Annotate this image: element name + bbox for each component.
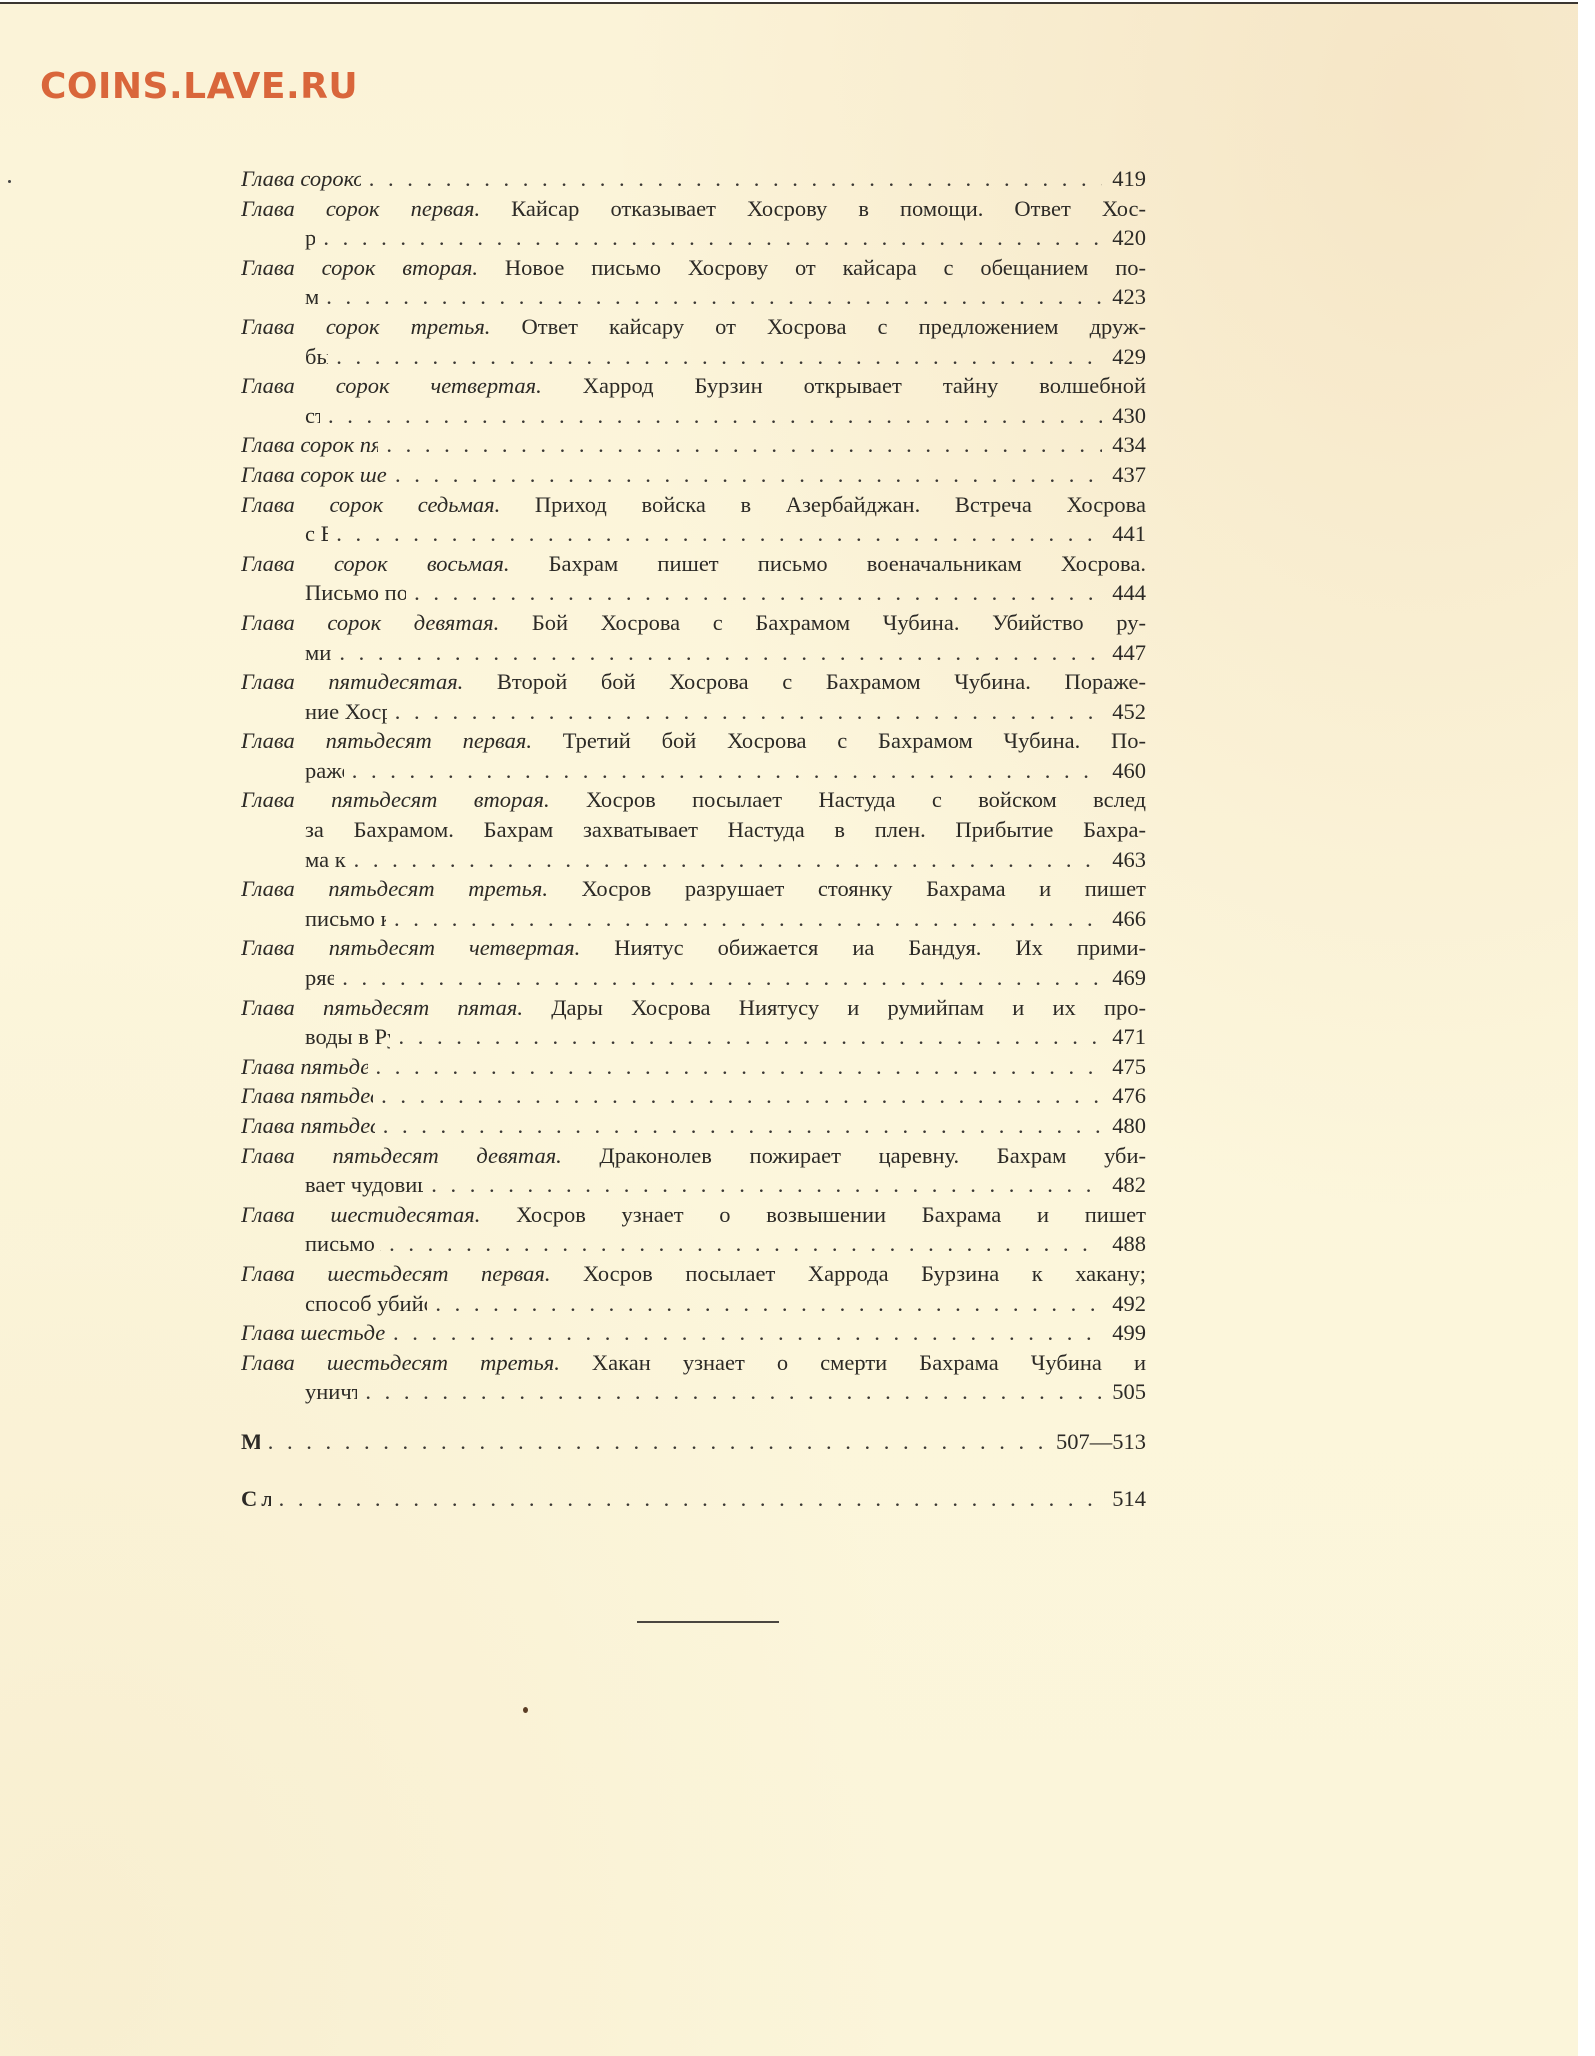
chapter-title: Ответ кайсару от Хосрова с предложением … <box>490 314 1146 339</box>
chapter-label: Глава сорок седьмая. <box>241 492 500 517</box>
toc-section: Маздак507—513 <box>241 1420 1146 1464</box>
chapter-label: Глава пятьдесят вторая. <box>241 787 550 812</box>
toc-line: Глава шестьдесят третья. Хакан узнает о … <box>241 1348 1146 1378</box>
page-number: 482 <box>1106 1170 1146 1200</box>
paper-speck <box>8 180 11 183</box>
toc-line-text: ние Хосрова. Его спасает ангел Суруш <box>305 697 387 727</box>
toc-line: Глава пятьдесят четвертая. Ниятус обижае… <box>241 933 1146 963</box>
chapter-title: Драконолев пожирает царевну. Бахрам уби- <box>562 1143 1146 1168</box>
dot-leader <box>365 1377 1102 1407</box>
page-number: 505 <box>1106 1377 1146 1407</box>
toc-line-text: Глава пятьдесят восьмая. Смерть Макотуры… <box>241 1111 375 1141</box>
toc-line: с Бандуем441 <box>241 519 1146 549</box>
chapter-title: Второй бой Хосрова с Бахрамом Чубина. По… <box>463 669 1146 694</box>
chapter-label: Глава сорок девятая. <box>241 610 499 635</box>
paper-speck <box>523 1707 528 1713</box>
toc-line: Глава сорок седьмая. Приход войска в Азе… <box>241 490 1146 520</box>
chapter-label: Глава пятьдесят пятая. <box>241 995 523 1020</box>
chapter-label: Глава сорок вторая. <box>241 255 478 280</box>
toc-line-text: Глава сорок четвертая. Харрод Бурзин отк… <box>241 371 1146 401</box>
toc-line: Глава сороковая. Ответное письмо Хосрову… <box>241 164 1146 194</box>
dot-leader <box>398 1022 1102 1052</box>
page-number: 429 <box>1106 342 1146 372</box>
toc-line-text: Глава сорок первая. Кайсар отказывает Хо… <box>241 194 1146 224</box>
toc-line-text: ма к хакану Китая <box>305 845 346 875</box>
chapter-title: Хосров разрушает стоянку Бахрама и пишет <box>548 876 1146 901</box>
toc-entry: Глава пятьдесят девятая. Драконолев пожи… <box>241 1141 1146 1200</box>
toc-line: Глава сорок первая. Кайсар отказывает Хо… <box>241 194 1146 224</box>
toc-line: Глава сорок вторая. Новое письмо Хосрову… <box>241 253 1146 283</box>
page-number: 460 <box>1106 756 1146 786</box>
toc-entry: Глава сорок шестая. Кайсар отправляет Хо… <box>241 460 1146 490</box>
toc-line-text: Глава шестьдесят первая. Хосров посылает… <box>241 1259 1146 1289</box>
dot-leader <box>386 430 1102 460</box>
dot-leader <box>393 1318 1102 1348</box>
toc-section: Словарь514 <box>241 1477 1146 1521</box>
chapter-label: Глава пятьдесят третья. <box>241 876 548 901</box>
page-number: 444 <box>1106 578 1146 608</box>
page-number: 434 <box>1106 430 1146 460</box>
dot-leader <box>354 845 1102 875</box>
dot-leader <box>395 460 1102 490</box>
toc-line: Глава пятьдесят вторая. Хосров посылает … <box>241 785 1146 815</box>
toc-line-text: Глава пятьдесят девятая. Драконолев пожи… <box>241 1141 1146 1171</box>
page-number: 469 <box>1106 963 1146 993</box>
chapter-title: Третий бой Хосрова с Бахрамом Чубина. По… <box>532 728 1146 753</box>
page-number: 475 <box>1106 1052 1146 1082</box>
page-number: 476 <box>1106 1081 1146 1111</box>
dot-leader <box>342 963 1102 993</box>
chapter-label: Глава пятьдесят девятая. <box>241 1143 562 1168</box>
toc-line-text: Глава шестидесятая. Хосров узнает о возв… <box>241 1200 1146 1230</box>
toc-entry: Глава шестьдесят третья. Хакан узнает о … <box>241 1348 1146 1407</box>
toc-line: Глава пятьдесят пятая. Дары Хосрова Ният… <box>241 993 1146 1023</box>
toc-line-text: способ убийства Бахрама, придуманный Хар… <box>305 1289 427 1319</box>
toc-line: письмо хакану; ответ на это письмо488 <box>241 1229 1146 1259</box>
toc-entry: Глава сорок восьмая. Бахрам пишет письмо… <box>241 549 1146 608</box>
toc-entry: Глава шестьдесят первая. Хосров посылает… <box>241 1259 1146 1318</box>
toc-line: Глава сорок третья. Ответ кайсару от Хос… <box>241 312 1146 342</box>
toc-line-text: с Бандуем <box>305 519 328 549</box>
toc-line-text: Глава сорок вторая. Новое письмо Хосрову… <box>241 253 1146 283</box>
toc-line: вает чудовище. Хакан отдает Бахраму свою… <box>241 1170 1146 1200</box>
chapter-title: ние Хосрова. Его спасает ангел Суруш <box>305 699 387 724</box>
chapter-title: письмо хакану; ответ на это письмо <box>305 1231 381 1256</box>
dot-leader <box>394 904 1102 934</box>
page-number: 447 <box>1106 638 1146 668</box>
toc-line: мощи423 <box>241 282 1146 312</box>
toc-line-text: бы и мира <box>305 342 328 372</box>
chapter-label: Глава пятьдесят четвертая. <box>241 935 580 960</box>
page-number: 463 <box>1106 845 1146 875</box>
page-number: 430 <box>1106 401 1146 431</box>
toc-line-text: Письмо попадает в руки Хосрова. Ответ Хо… <box>305 578 406 608</box>
toc-line: Глава шестидесятая. Хосров узнает о возв… <box>241 1200 1146 1230</box>
toc-line: ражение Бахрама460 <box>241 756 1146 786</box>
toc-line: Словарь514 <box>241 1477 1146 1521</box>
toc-entry: Глава сороковая. Ответное письмо Хосрову… <box>241 164 1146 194</box>
toc-entry: Глава пятьдесят третья. Хосров разрушает… <box>241 874 1146 933</box>
dot-leader <box>414 578 1102 608</box>
toc-entry: Глава сорок вторая. Новое письмо Хосрову… <box>241 253 1146 312</box>
dot-leader <box>339 638 1102 668</box>
dot-leader <box>431 1170 1102 1200</box>
toc-line: Глава пятьдесят седьмая. О Бахраме Чубин… <box>241 1081 1146 1111</box>
chapter-title: способ убийства Бахрама, придуманный Хар… <box>305 1291 427 1316</box>
toc-line-text: ряет Марьям <box>305 963 334 993</box>
chapter-label: Глава сорок третья. <box>241 314 490 339</box>
chapter-title: Хосров узнает о возвышении Бахрама и пиш… <box>480 1202 1146 1227</box>
chapter-title: ма к хакану Китая <box>305 847 346 872</box>
toc-line: Глава пятьдесят первая. Третий бой Хосро… <box>241 726 1146 756</box>
toc-line-text: Глава сорок седьмая. Приход войска в Азе… <box>241 490 1146 520</box>
toc-line: бы и мира429 <box>241 342 1146 372</box>
page-number: 419 <box>1106 164 1146 194</box>
toc-line: Глава пятьдесят шестая. Плач Фирдоуси на… <box>241 1052 1146 1082</box>
toc-entry: Глава сорок четвертая. Харрод Бурзин отк… <box>241 371 1146 430</box>
page-number: 499 <box>1106 1318 1146 1348</box>
chapter-title: Письмо попадает в руки Хосрова. Ответ Хо… <box>305 580 406 605</box>
chapter-label: Глава сорок пятая. <box>241 432 378 457</box>
toc-line-text: ражение Бахрама <box>305 756 344 786</box>
dot-leader <box>435 1289 1102 1319</box>
chapter-title: статуи <box>305 403 320 428</box>
chapter-label: Глава пятьдесят седьмая. <box>241 1083 373 1108</box>
toc-line: Глава пятьдесят девятая. Драконолев пожи… <box>241 1141 1146 1171</box>
toc-line-text: Глава сорок пятая. Харрод рассуждает о р… <box>241 430 378 460</box>
page-number: 452 <box>1106 697 1146 727</box>
chapter-title: Хосров посылает Настуда с войском вслед <box>550 787 1146 812</box>
page-number: 437 <box>1106 460 1146 490</box>
chapter-label: Глава шестьдесят вторая. <box>241 1320 385 1345</box>
page-number: 471 <box>1106 1022 1146 1052</box>
chapter-title: мийца Кута <box>305 640 331 665</box>
toc-line-text: Глава пятьдесят седьмая. О Бахраме Чубин… <box>241 1081 373 1111</box>
page-number: 420 <box>1106 223 1146 253</box>
chapter-label: Глава сорок восьмая. <box>241 551 509 576</box>
chapter-title: ражение Бахрама <box>305 758 344 783</box>
chapter-label: Глава шестидесятая. <box>241 1202 480 1227</box>
toc-line: рова420 <box>241 223 1146 253</box>
toc-line: Глава сорок пятая. Харрод рассуждает о р… <box>241 430 1146 460</box>
toc-entry: Глава пятьдесят первая. Третий бой Хосро… <box>241 726 1146 785</box>
chapter-label: Глава сорок шестая. <box>241 462 387 487</box>
chapter-label: Глава пятьдесят шестая. <box>241 1054 368 1079</box>
toc-line: ние Хосрова. Его спасает ангел Суруш452 <box>241 697 1146 727</box>
toc-line-text: уничтожает дом Кулуна <box>305 1377 357 1407</box>
chapter-title: Ниятус обижается иа Бандуя. Их прими- <box>580 935 1146 960</box>
page-number: 507—513 <box>1056 1420 1146 1464</box>
chapter-title: вает чудовище. Хакан отдает Бахраму свою… <box>305 1172 423 1197</box>
chapter-label: Глава пятьдесят восьмая. <box>241 1113 375 1138</box>
toc-line: за Бахрамом. Бахрам захватывает Настуда … <box>241 815 1146 845</box>
chapter-label: Глава шестьдесят первая. <box>241 1261 551 1286</box>
chapter-title: бы и мира <box>305 344 328 369</box>
toc-line: Глава пятидесятая. Второй бой Хосрова с … <box>241 667 1146 697</box>
chapter-title: Бой Хосрова с Бахрамом Чубина. Убийство … <box>499 610 1146 635</box>
toc-entry: Глава сорок девятая. Бой Хосрова с Бахра… <box>241 608 1146 667</box>
toc-line: ряет Марьям469 <box>241 963 1146 993</box>
page-number: 514 <box>1106 1477 1146 1521</box>
chapter-label: Глава сорок первая. <box>241 196 480 221</box>
toc-line-text: Глава сорок восьмая. Бахрам пишет письмо… <box>241 549 1146 579</box>
toc-line-text: воды в Рум. Послание вельможам Ирана <box>305 1022 390 1052</box>
chapter-title: Дары Хосрова Ниятусу и румийпам и их про… <box>523 995 1146 1020</box>
toc-line: Глава сорок девятая. Бой Хосрова с Бахра… <box>241 608 1146 638</box>
chapter-title: рова <box>305 225 315 250</box>
chapter-title: письмо кайсару. Ответ и дары кайсара <box>305 906 386 931</box>
toc-entry: Глава пятьдесят четвертая. Ниятус обижае… <box>241 933 1146 992</box>
dot-leader <box>352 756 1102 786</box>
toc-entry: Глава шестидесятая. Хосров узнает о возв… <box>241 1200 1146 1259</box>
toc-line-text: Глава сорок шестая. Кайсар отправляет Хо… <box>241 460 387 490</box>
dot-leader <box>381 1081 1102 1111</box>
toc-line: письмо кайсару. Ответ и дары кайсара466 <box>241 904 1146 934</box>
toc-entry: Глава пятидесятая. Второй бой Хосрова с … <box>241 667 1146 726</box>
chapter-title: Хакан узнает о смерти Бахрама Чубина и <box>560 1350 1146 1375</box>
toc-entry: Глава сорок пятая. Харрод рассуждает о р… <box>241 430 1146 460</box>
toc-line: Глава шестьдесят вторая. Смерть Бахрама … <box>241 1318 1146 1348</box>
chapter-title: Новое письмо Хосрову от кайсара с обещан… <box>478 255 1146 280</box>
chapter-title: ряет Марьям <box>305 965 334 990</box>
chapter-title: мощи <box>305 284 318 309</box>
toc-line: уничтожает дом Кулуна505 <box>241 1377 1146 1407</box>
toc-line-text: рова <box>305 223 315 253</box>
chapter-title: Хосров посылает Харрода Бурзина к хакану… <box>551 1261 1147 1286</box>
toc-line: ма к хакану Китая463 <box>241 845 1146 875</box>
toc-line: Глава сорок восьмая. Бахрам пишет письмо… <box>241 549 1146 579</box>
toc-line-text: Глава пятьдесят вторая. Хосров посылает … <box>241 785 1146 815</box>
toc-entry: Глава пятьдесят седьмая. О Бахраме Чубин… <box>241 1081 1146 1111</box>
dot-leader <box>268 1420 1052 1464</box>
toc-line: Глава пятьдесят восьмая. Смерть Макотуры… <box>241 1111 1146 1141</box>
dot-leader <box>326 282 1102 312</box>
page-number: 441 <box>1106 519 1146 549</box>
chapter-title: Приход войска в Азербайджан. Встреча Хос… <box>500 492 1146 517</box>
toc-line-text: Глава сорок девятая. Бой Хосрова с Бахра… <box>241 608 1146 638</box>
toc-line-text: Глава пятьдесят четвертая. Ниятус обижае… <box>241 933 1146 963</box>
toc-line-text: мийца Кута <box>305 638 331 668</box>
chapter-title: Кайсар отказывает Хосрову в помощи. Отве… <box>480 196 1146 221</box>
chapter-title: с Бандуем <box>305 521 328 546</box>
toc-line-text: за Бахрамом. Бахрам захватывает Настуда … <box>305 815 1146 845</box>
toc-line: Письмо попадает в руки Хосрова. Ответ Хо… <box>241 578 1146 608</box>
toc-line-text: Глава пятидесятая. Второй бой Хосрова с … <box>241 667 1146 697</box>
dot-leader <box>383 1111 1102 1141</box>
toc-entry: Глава пятьдесят пятая. Дары Хосрова Ният… <box>241 993 1146 1052</box>
chapter-title: уничтожает дом Кулуна <box>305 1379 357 1404</box>
toc-line-text: Глава шестьдесят третья. Хакан узнает о … <box>241 1348 1146 1378</box>
dot-leader <box>336 342 1102 372</box>
dot-leader <box>323 223 1102 253</box>
toc-line: воды в Рум. Послание вельможам Ирана471 <box>241 1022 1146 1052</box>
chapter-title: Харрод Бурзин открывает тайну волшебной <box>542 373 1146 398</box>
watermark: COINS.LAVE.RU <box>40 66 358 107</box>
page-number: 480 <box>1106 1111 1146 1141</box>
toc-line-text: Глава пятьдесят первая. Третий бой Хосро… <box>241 726 1146 756</box>
toc-line-text: Глава пятьдесят пятая. Дары Хосрова Ният… <box>241 993 1146 1023</box>
chapter-label: Глава шестьдесят третья. <box>241 1350 560 1375</box>
toc-line-text: Глава сороковая. Ответное письмо Хосрову… <box>241 164 361 194</box>
toc-entry: Глава пятьдесят восьмая. Смерть Макотуры… <box>241 1111 1146 1141</box>
toc-line-text: Глава пятьдесят шестая. Плач Фирдоуси на… <box>241 1052 368 1082</box>
chapter-label: Глава пятьдесят первая. <box>241 728 532 753</box>
chapter-label: Глава пятидесятая. <box>241 669 463 694</box>
toc-line: Глава шестьдесят первая. Хосров посылает… <box>241 1259 1146 1289</box>
dot-leader <box>336 519 1102 549</box>
page-number: 492 <box>1106 1289 1146 1319</box>
dot-leader <box>369 164 1102 194</box>
toc-entry: Глава пятьдесят вторая. Хосров посылает … <box>241 785 1146 874</box>
chapter-title: воды в Рум. Послание вельможам Ирана <box>305 1024 390 1049</box>
toc-line-text: мощи <box>305 282 318 312</box>
toc-entry: Глава сорок первая. Кайсар отказывает Хо… <box>241 194 1146 253</box>
page-number: 466 <box>1106 904 1146 934</box>
dot-leader <box>376 1052 1102 1082</box>
dot-leader <box>389 1229 1102 1259</box>
toc-line: мийца Кута447 <box>241 638 1146 668</box>
table-of-contents: Глава сороковая. Ответное письмо Хосрову… <box>241 164 1146 1521</box>
chapter-label: Глава сороковая. <box>241 166 361 191</box>
toc-entry: Глава сорок седьмая. Приход войска в Азе… <box>241 490 1146 549</box>
chapter-title: за Бахрамом. Бахрам захватывает Настуда … <box>305 817 1146 842</box>
section-title: Маздак <box>241 1420 260 1464</box>
page-number: 423 <box>1106 282 1146 312</box>
page-number: 488 <box>1106 1229 1146 1259</box>
toc-line-text: Глава шестьдесят вторая. Смерть Бахрама … <box>241 1318 385 1348</box>
dot-leader <box>279 1477 1102 1521</box>
end-rule <box>637 1621 779 1623</box>
toc-line: Глава сорок четвертая. Харрод Бурзин отк… <box>241 371 1146 401</box>
toc-line-text: Глава сорок третья. Ответ кайсару от Хос… <box>241 312 1146 342</box>
chapter-title: Бахрам пишет письмо военачальникам Хосро… <box>509 551 1146 576</box>
toc-entry: Глава пятьдесят шестая. Плач Фирдоуси на… <box>241 1052 1146 1082</box>
toc-line-text: статуи <box>305 401 320 431</box>
chapter-label: Глава сорок четвертая. <box>241 373 542 398</box>
toc-entry: Глава шестьдесят вторая. Смерть Бахрама … <box>241 1318 1146 1348</box>
toc-line-text: Глава пятьдесят третья. Хосров разрушает… <box>241 874 1146 904</box>
section-title: Словарь <box>241 1477 271 1521</box>
toc-line: Глава сорок шестая. Кайсар отправляет Хо… <box>241 460 1146 490</box>
dot-leader <box>395 697 1102 727</box>
toc-line: Маздак507—513 <box>241 1420 1146 1464</box>
toc-line: способ убийства Бахрама, придуманный Хар… <box>241 1289 1146 1319</box>
toc-line-text: вает чудовище. Хакан отдает Бахраму свою… <box>305 1170 423 1200</box>
toc-line-text: письмо кайсару. Ответ и дары кайсара <box>305 904 386 934</box>
toc-line: Глава пятьдесят третья. Хосров разрушает… <box>241 874 1146 904</box>
toc-entry: Глава сорок третья. Ответ кайсару от Хос… <box>241 312 1146 371</box>
toc-line-text: письмо хакану; ответ на это письмо <box>305 1229 381 1259</box>
toc-line: статуи430 <box>241 401 1146 431</box>
dot-leader <box>328 401 1102 431</box>
